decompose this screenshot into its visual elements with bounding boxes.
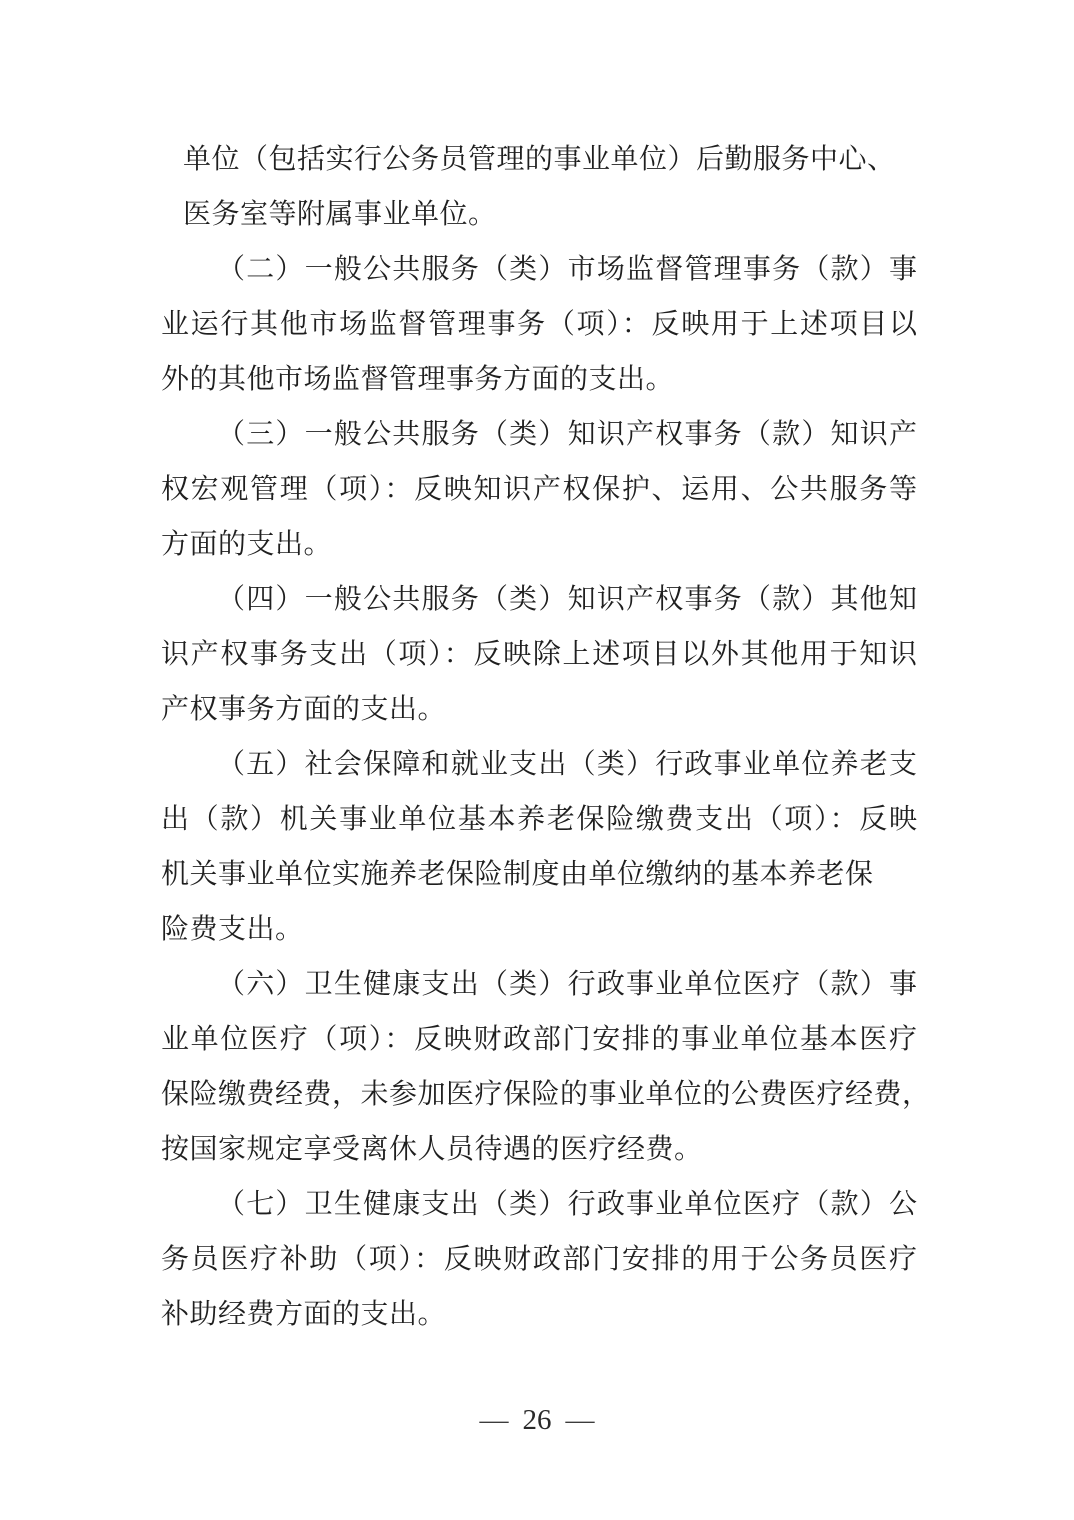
text-line: 出（款）机关事业单位基本养老保险缴费支出（项）：反映 [161,792,917,847]
document-body: 单位（包括实行公务员管理的事业单位）后勤服务中心、 医务室等附属事业单位。 （二… [161,132,917,1342]
text-line: 按国家规定享受离休人员待遇的医疗经费。 [161,1122,917,1177]
paragraph-item-7: （七）卫生健康支出（类）行政事业单位医疗（款）公 务员医疗补助（项）：反映财政部… [161,1177,917,1342]
document-page: 单位（包括实行公务员管理的事业单位）后勤服务中心、 医务室等附属事业单位。 （二… [0,0,1074,1520]
paragraph-item-3: （三）一般公共服务（类）知识产权事务（款）知识产 权宏观管理（项）：反映知识产权… [161,407,917,572]
text-line: 方面的支出。 [161,517,917,572]
text-line: （三）一般公共服务（类）知识产权事务（款）知识产 [161,407,917,462]
page-number: 26 [523,1404,552,1436]
text-line: （六）卫生健康支出（类）行政事业单位医疗（款）事 [161,957,917,1012]
text-line: （五）社会保障和就业支出（类）行政事业单位养老支 [161,737,917,792]
paragraph-item-2: （二）一般公共服务（类）市场监督管理事务（款）事 业运行其他市场监督管理事务（项… [161,242,917,407]
text-line: 外的其他市场监督管理事务方面的支出。 [161,352,917,407]
text-line: 补助经费方面的支出。 [161,1287,917,1342]
paragraph-item-4: （四）一般公共服务（类）知识产权事务（款）其他知 识产权事务支出（项）：反映除上… [161,572,917,737]
text-line: 业运行其他市场监督管理事务（项）：反映用于上述项目以 [161,297,917,352]
text-line: 保险缴费经费，未参加医疗保险的事业单位的公费医疗经费， [161,1067,917,1122]
footer-dash-right: — [566,1404,595,1436]
text-line: 权宏观管理（项）：反映知识产权保护、运用、公共服务等 [161,462,917,517]
paragraph-item-6: （六）卫生健康支出（类）行政事业单位医疗（款）事 业单位医疗（项）：反映财政部门… [161,957,917,1177]
text-line: （四）一般公共服务（类）知识产权事务（款）其他知 [161,572,917,627]
text-line: （二）一般公共服务（类）市场监督管理事务（款）事 [161,242,917,297]
text-line: 单位（包括实行公务员管理的事业单位）后勤服务中心、 [161,132,917,187]
text-line: 务员医疗补助（项）：反映财政部门安排的用于公务员医疗 [161,1232,917,1287]
footer-dash-left: — [480,1404,509,1436]
text-line: 医务室等附属事业单位。 [161,187,917,242]
text-line: 业单位医疗（项）：反映财政部门安排的事业单位基本医疗 [161,1012,917,1067]
text-line: 识产权事务支出（项）：反映除上述项目以外其他用于知识 [161,627,917,682]
page-footer: —26— [0,1398,1074,1442]
text-line: （七）卫生健康支出（类）行政事业单位医疗（款）公 [161,1177,917,1232]
text-line: 机关事业单位实施养老保险制度由单位缴纳的基本养老保 [161,847,917,902]
text-line: 产权事务方面的支出。 [161,682,917,737]
paragraph-item-5: （五）社会保障和就业支出（类）行政事业单位养老支 出（款）机关事业单位基本养老保… [161,737,917,957]
text-line: 险费支出。 [161,902,917,957]
paragraph-continuation: 单位（包括实行公务员管理的事业单位）后勤服务中心、 医务室等附属事业单位。 [161,132,917,242]
